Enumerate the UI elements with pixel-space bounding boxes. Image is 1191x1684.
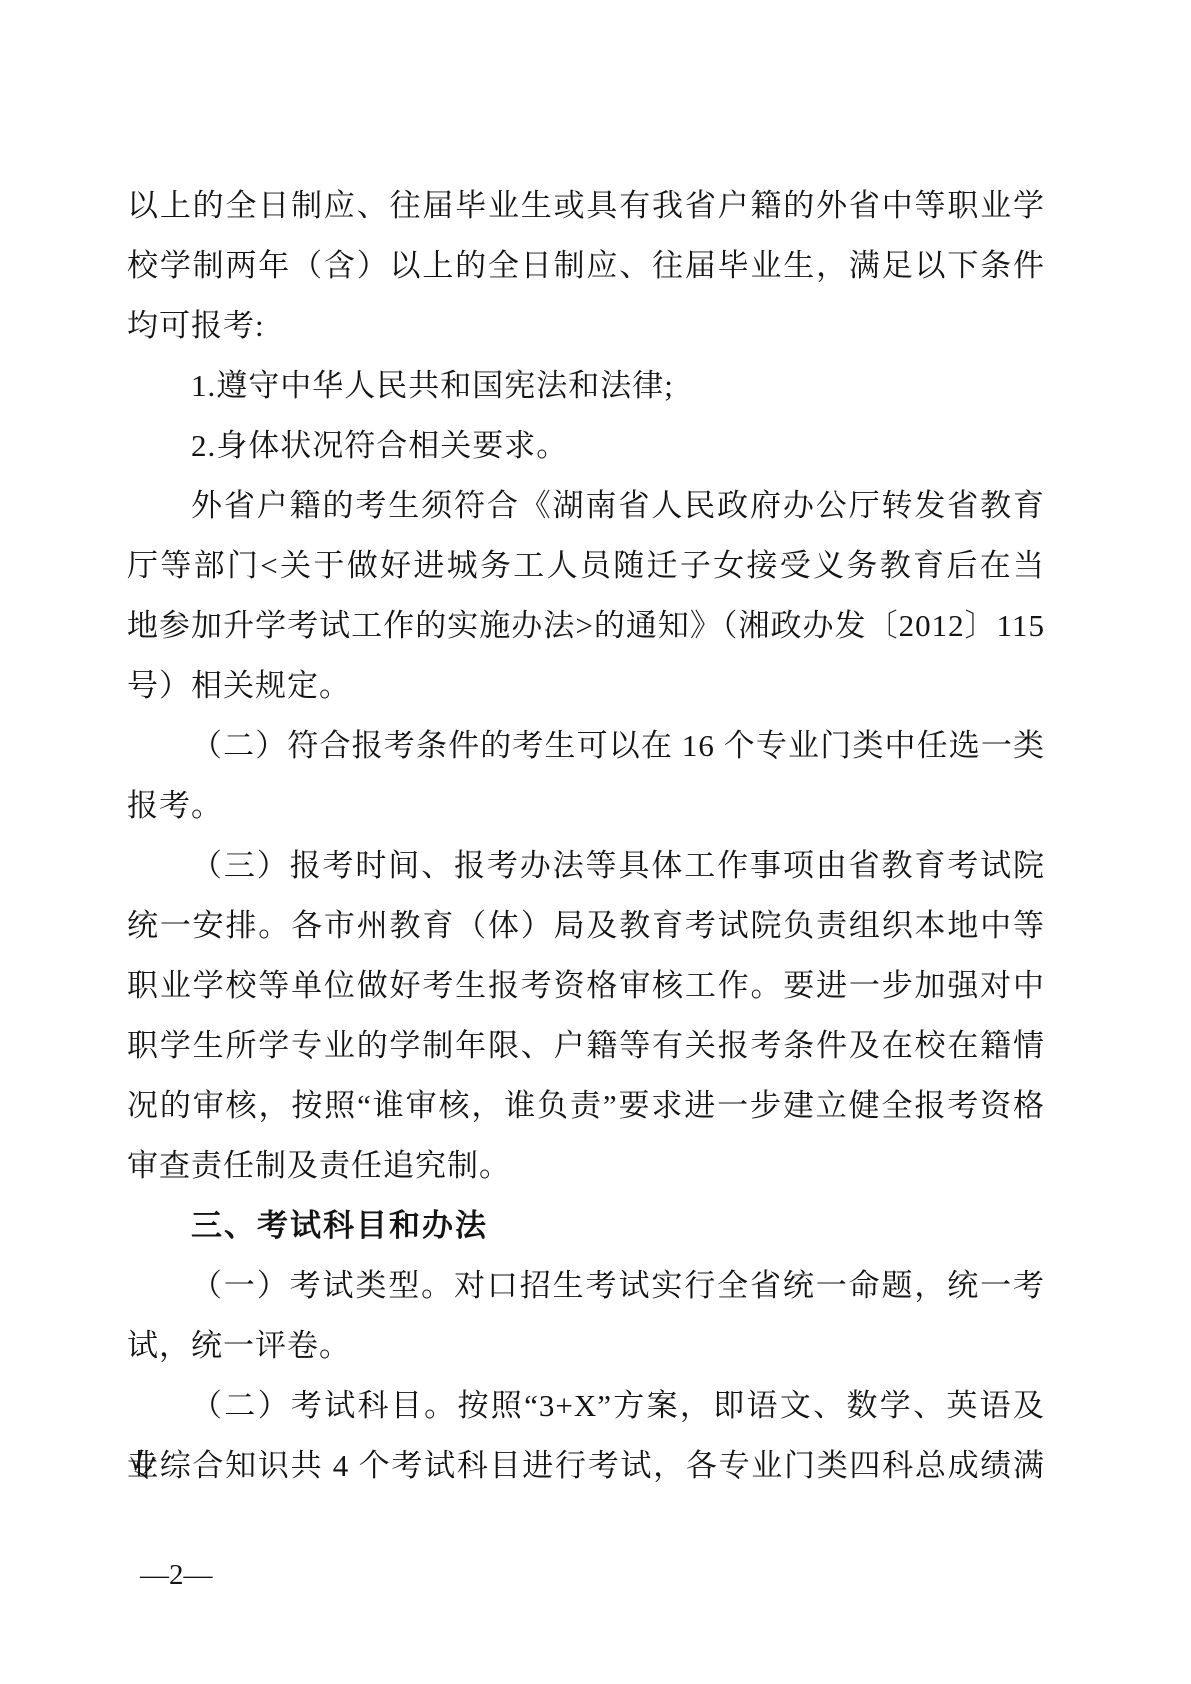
text-line: 职业学校等单位做好考生报考资格审核工作。要进一步加强对中: [127, 956, 1045, 1016]
text-line: （一）考试类型。对口招生考试实行全省统一命题，统一考: [127, 1256, 1045, 1316]
text-line: 职学生所学专业的学制年限、户籍等有关报考条件及在校在籍情: [127, 1016, 1045, 1076]
text-line: （二）考试科目。按照“3+X”方案，即语文、数学、英语及专: [127, 1376, 1045, 1436]
document-page: 以上的全日制应、往届毕业生或具有我省户籍的外省中等职业学 校学制两年（含）以上的…: [0, 0, 1191, 1684]
section-heading: 三、考试科目和办法: [127, 1196, 1045, 1256]
text-line: 审查责任制及责任追究制。: [127, 1136, 1045, 1196]
list-item-line: 2.身体状况符合相关要求。: [127, 416, 1045, 476]
text-line: 统一安排。各市州教育（体）局及教育考试院负责组织本地中等: [127, 896, 1045, 956]
text-line: 地参加升学考试工作的实施办法>的通知》（湘政办发〔2012〕115: [127, 596, 1045, 656]
text-line: 厅等部门<关于做好进城务工人员随迁子女接受义务教育后在当: [127, 536, 1045, 596]
document-body: 以上的全日制应、往届毕业生或具有我省户籍的外省中等职业学 校学制两年（含）以上的…: [127, 176, 1045, 1496]
list-item-line: 1.遵守中华人民共和国宪法和法律;: [127, 356, 1045, 416]
text-line: 况的审核，按照“谁审核，谁负责”要求进一步建立健全报考资格: [127, 1076, 1045, 1136]
text-line: 试，统一评卷。: [127, 1316, 1045, 1376]
text-line: 业综合知识共 4 个考试科目进行考试，各专业门类四科总成绩满: [127, 1436, 1045, 1496]
text-line: （二）符合报考条件的考生可以在 16 个专业门类中任选一类: [127, 716, 1045, 776]
text-line: （三）报考时间、报考办法等具体工作事项由省教育考试院: [127, 836, 1045, 896]
text-line: 校学制两年（含）以上的全日制应、往届毕业生，满足以下条件: [127, 236, 1045, 296]
text-line: 以上的全日制应、往届毕业生或具有我省户籍的外省中等职业学: [127, 176, 1045, 236]
text-line: 外省户籍的考生须符合《湖南省人民政府办公厅转发省教育: [127, 476, 1045, 536]
text-line: 报考。: [127, 776, 1045, 836]
text-line: 号）相关规定。: [127, 656, 1045, 716]
text-line: 均可报考:: [127, 296, 1045, 356]
page-number: —2—: [140, 1558, 213, 1592]
